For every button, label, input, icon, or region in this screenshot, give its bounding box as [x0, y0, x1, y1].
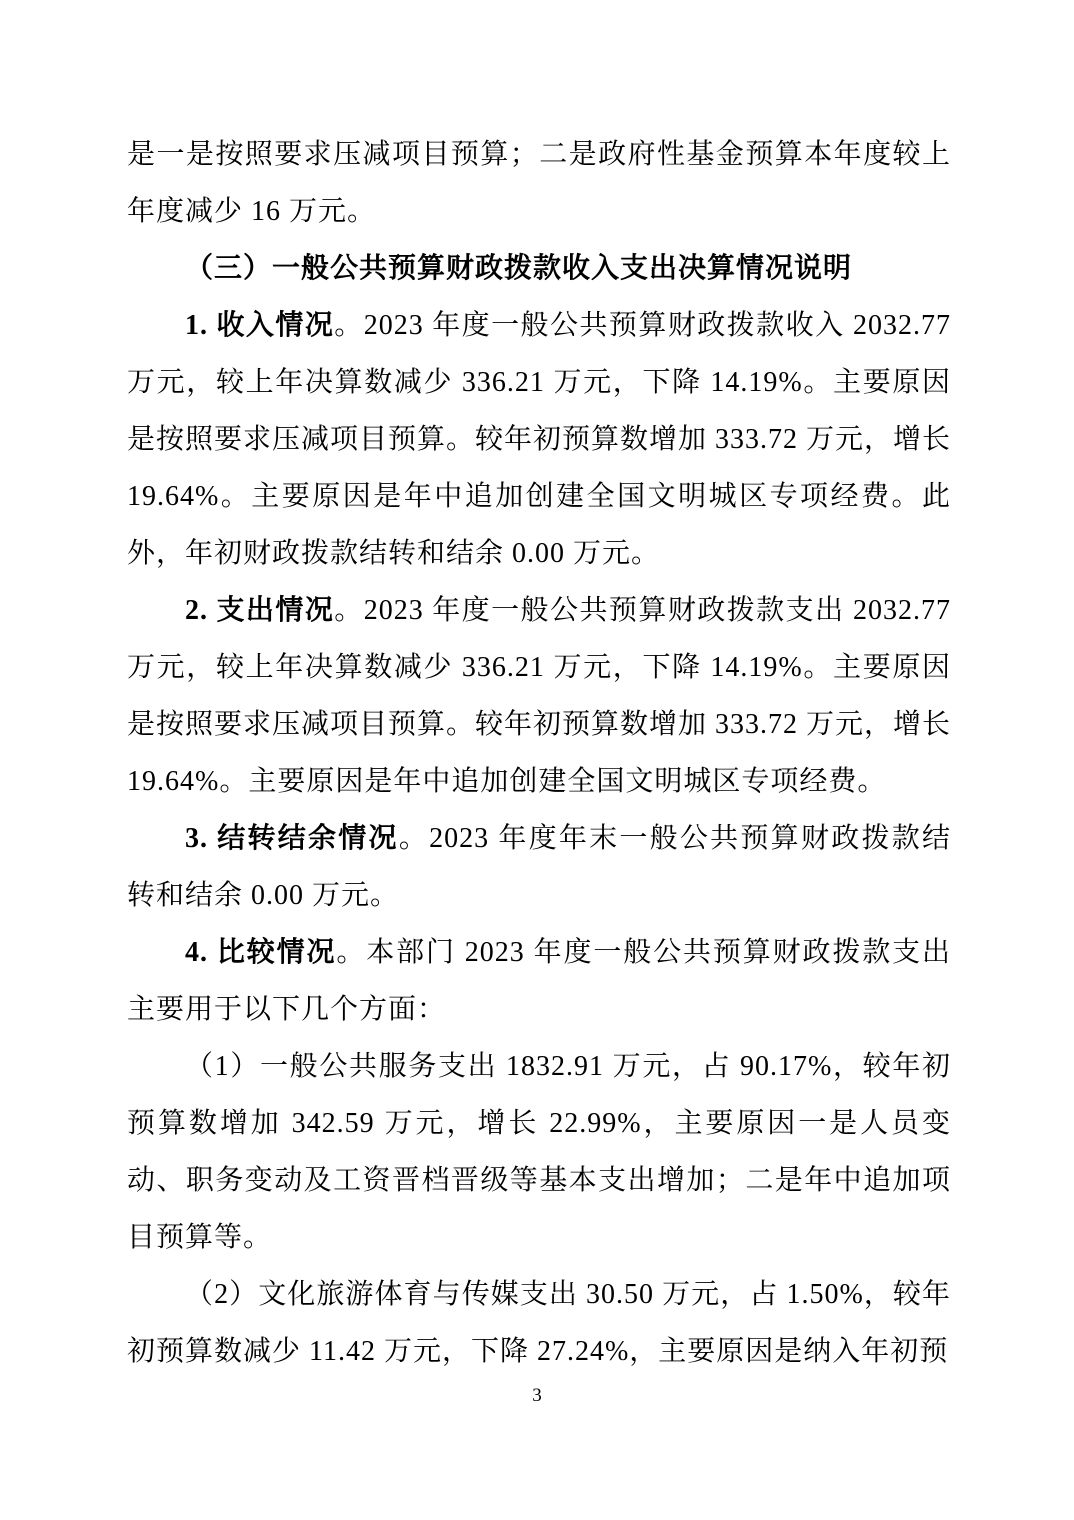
- para-comparison-situation-run-0: 4. 比较情况: [185, 937, 336, 968]
- document-body: 是一是按照要求压减项目预算；二是政府性基金预算本年度较上年度减少 16 万元。（…: [127, 126, 951, 1380]
- para-item-2-culture-tourism-sports-media-run-0: （2）文化旅游体育与传媒支出 30.50 万元，占 1.50%，较年初预算数减少…: [127, 1279, 951, 1367]
- para-item-1-general-public-services-run-0: （1）一般公共服务支出 1832.91 万元，占 90.17%，较年初预算数增加…: [127, 1051, 951, 1253]
- para-income-situation-run-0: 1. 收入情况: [185, 310, 334, 341]
- para-item-1-general-public-services: （1）一般公共服务支出 1832.91 万元，占 90.17%，较年初预算数增加…: [127, 1038, 951, 1266]
- para-expenditure-situation-run-0: 2. 支出情况: [185, 595, 334, 626]
- para-expenditure-situation: 2. 支出情况。2023 年度一般公共预算财政拨款支出 2032.77 万元，较…: [127, 582, 951, 810]
- para-income-situation-run-1: 。2023 年度一般公共预算财政拨款收入 2032.77 万元，较上年决算数减少…: [127, 310, 951, 569]
- para-income-situation: 1. 收入情况。2023 年度一般公共预算财政拨款收入 2032.77 万元，较…: [127, 297, 951, 582]
- para-item-2-culture-tourism-sports-media: （2）文化旅游体育与传媒支出 30.50 万元，占 1.50%，较年初预算数减少…: [127, 1266, 951, 1380]
- page-number: 3: [0, 1384, 1074, 1408]
- para-carryover-balance-situation-run-0: 3. 结转结余情况: [185, 823, 399, 854]
- para-continued-from-previous-page-run-0: 是一是按照要求压减项目预算；二是政府性基金预算本年度较上年度减少 16 万元。: [127, 139, 951, 227]
- document-page: 是一是按照要求压减项目预算；二是政府性基金预算本年度较上年度减少 16 万元。（…: [0, 0, 1074, 1520]
- para-continued-from-previous-page: 是一是按照要求压减项目预算；二是政府性基金预算本年度较上年度减少 16 万元。: [127, 126, 951, 240]
- para-carryover-balance-situation: 3. 结转结余情况。2023 年度年末一般公共预算财政拨款结转和结余 0.00 …: [127, 810, 951, 924]
- heading-section-three-run-0: （三）一般公共预算财政拨款收入支出决算情况说明: [185, 253, 852, 284]
- heading-section-three: （三）一般公共预算财政拨款收入支出决算情况说明: [127, 240, 951, 297]
- para-comparison-situation: 4. 比较情况。本部门 2023 年度一般公共预算财政拨款支出主要用于以下几个方…: [127, 924, 951, 1038]
